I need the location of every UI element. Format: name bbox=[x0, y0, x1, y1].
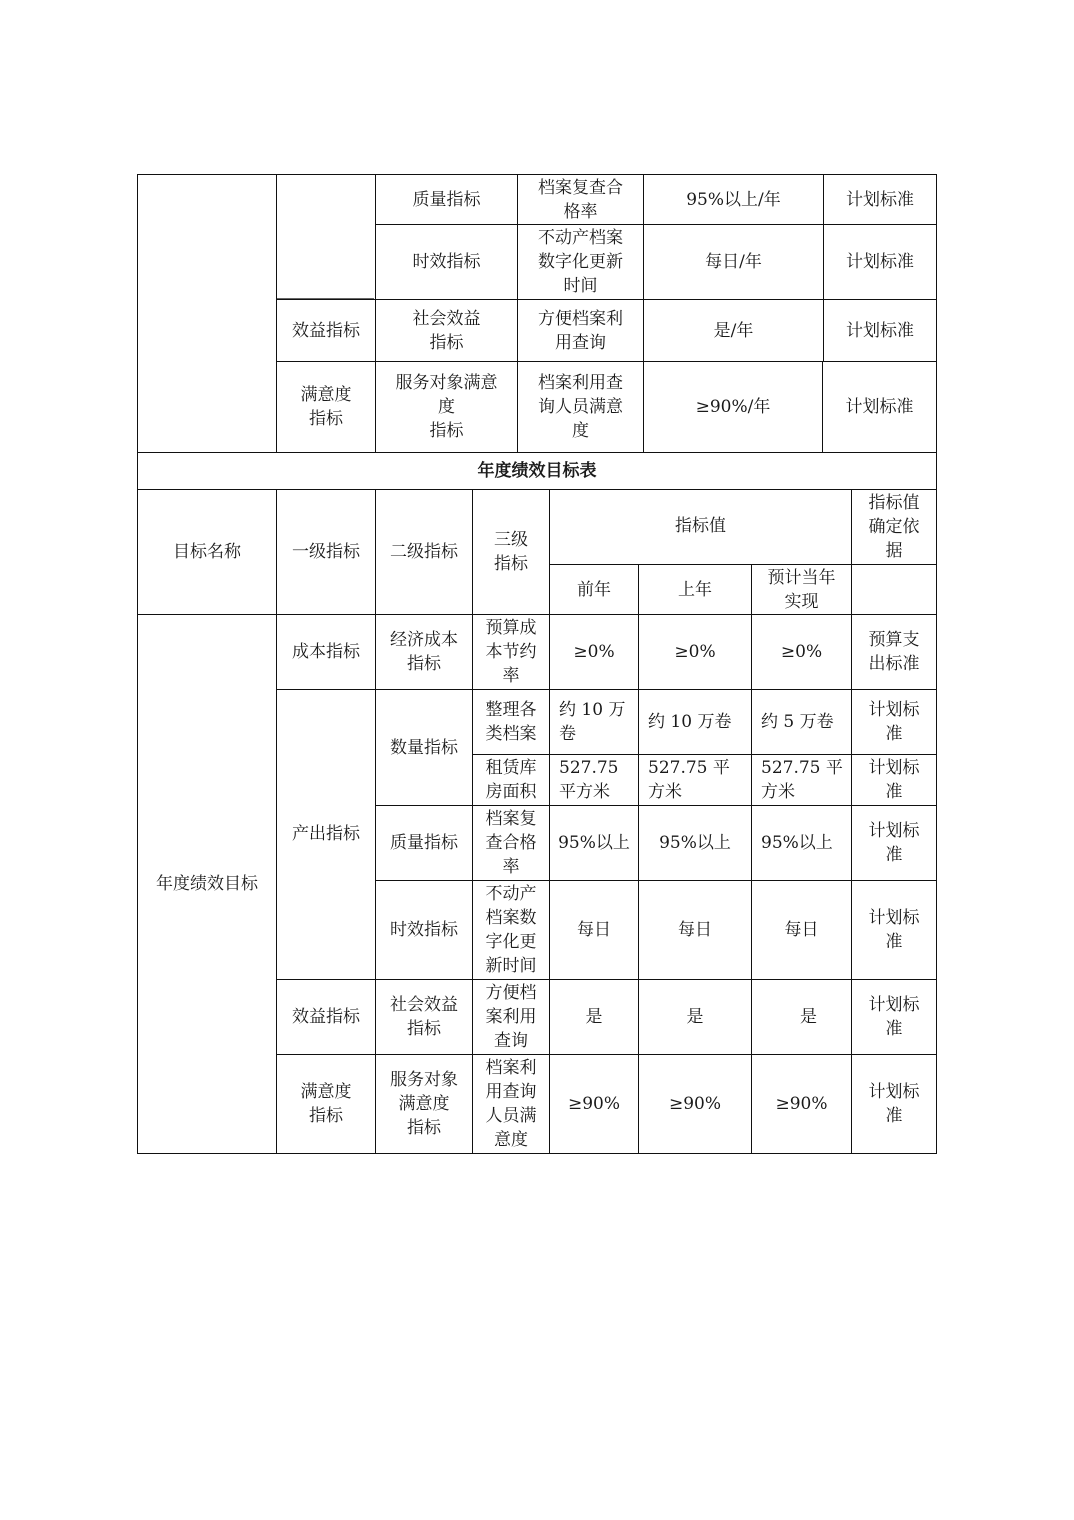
top-level1-satisfaction: 满意度 指标 bbox=[276, 361, 376, 453]
row-prev: 每日 bbox=[549, 880, 639, 980]
top-basis-satisfaction: 计划标准 bbox=[822, 361, 937, 453]
row-last: 是 bbox=[638, 979, 752, 1055]
row-last: ≥90% bbox=[638, 1054, 752, 1154]
row-prev: ≥0% bbox=[549, 614, 639, 690]
row-basis: 计划标 准 bbox=[851, 805, 937, 881]
subgroup-quantity: 数量指标 bbox=[375, 689, 473, 806]
top-level3-timeliness: 不动产档案 数字化更新 时间 bbox=[517, 224, 644, 300]
top-level3-quality: 档案复查合 格率 bbox=[517, 174, 644, 225]
row-basis: 计划标 准 bbox=[851, 754, 937, 806]
header-blank bbox=[851, 564, 937, 615]
row-expected: ≥0% bbox=[751, 614, 852, 690]
header-indicator-value: 指标值 bbox=[549, 489, 852, 565]
top-value-quality: 95%以上/年 bbox=[643, 174, 824, 225]
top-value-satisfaction: ≥90%/年 bbox=[643, 361, 823, 453]
top-level3-satisfaction: 档案利用查 询人员满意 度 bbox=[517, 361, 644, 453]
top-level1-benefit: 效益指标 bbox=[276, 299, 376, 362]
row-last: 约 10 万卷 bbox=[638, 689, 752, 755]
group-cost: 成本指标 bbox=[276, 614, 376, 690]
row-prev: ≥90% bbox=[549, 1054, 639, 1154]
target-name-cell: 年度绩效目标 bbox=[137, 614, 277, 1154]
subgroup-service-satisfaction: 服务对象 满意度 指标 bbox=[375, 1054, 473, 1154]
row-prev: 是 bbox=[549, 979, 639, 1055]
row-expected: 95%以上 bbox=[751, 805, 852, 881]
header-expected: 预计当年 实现 bbox=[751, 564, 852, 615]
group-benefit: 效益指标 bbox=[276, 979, 376, 1055]
subgroup-quality: 质量指标 bbox=[375, 805, 473, 881]
row-expected: 约 5 万卷 bbox=[751, 689, 852, 755]
group-output: 产出指标 bbox=[276, 689, 376, 980]
top-level2-service-satisfaction: 服务对象满意 度 指标 bbox=[375, 361, 518, 453]
row-basis: 预算支 出标准 bbox=[851, 614, 937, 690]
row-level3: 预算成 本节约 率 bbox=[472, 614, 550, 690]
top-basis-timeliness: 计划标准 bbox=[823, 224, 937, 300]
subgroup-timeliness: 时效指标 bbox=[375, 880, 473, 980]
row-level3: 不动产 档案数 字化更 新时间 bbox=[472, 880, 550, 980]
row-expected: 527.75 平 方米 bbox=[751, 754, 852, 806]
top-level2-timeliness: 时效指标 bbox=[375, 224, 518, 300]
top-value-timeliness: 每日/年 bbox=[643, 224, 824, 300]
header-level1: 一级指标 bbox=[276, 489, 376, 615]
group-satisfaction: 满意度 指标 bbox=[276, 1054, 376, 1154]
row-last: 527.75 平 方米 bbox=[638, 754, 752, 806]
row-basis: 计划标 准 bbox=[851, 1054, 937, 1154]
row-last: 每日 bbox=[638, 880, 752, 980]
top-target-name-cell bbox=[137, 174, 277, 453]
header-basis: 指标值 确定依 据 bbox=[851, 489, 937, 565]
row-prev: 527.75 平方米 bbox=[549, 754, 639, 806]
subgroup-social-benefit: 社会效益 指标 bbox=[375, 979, 473, 1055]
top-basis-quality: 计划标准 bbox=[823, 174, 937, 225]
row-level3: 档案复 查合格 率 bbox=[472, 805, 550, 881]
row-basis: 计划标 准 bbox=[851, 979, 937, 1055]
top-level2-social-benefit: 社会效益 指标 bbox=[375, 299, 518, 362]
row-basis: 计划标 准 bbox=[851, 689, 937, 755]
row-last: ≥0% bbox=[638, 614, 752, 690]
row-last: 95%以上 bbox=[638, 805, 752, 881]
row-level3: 档案利 用查询 人员满 意度 bbox=[472, 1054, 550, 1154]
row-prev: 约 10 万 卷 bbox=[549, 689, 639, 755]
section-title: 年度绩效目标表 bbox=[137, 452, 937, 490]
header-last-year: 上年 bbox=[638, 564, 752, 615]
header-level2: 二级指标 bbox=[375, 489, 473, 615]
row-level3: 租赁库 房面积 bbox=[472, 754, 550, 806]
row-level3: 方便档 案利用 查询 bbox=[472, 979, 550, 1055]
header-prev-year: 前年 bbox=[549, 564, 639, 615]
top-value-social-benefit: 是/年 bbox=[643, 299, 824, 362]
subgroup-economic-cost: 经济成本 指标 bbox=[375, 614, 473, 690]
row-prev: 95%以上 bbox=[549, 805, 639, 881]
header-target-name: 目标名称 bbox=[137, 489, 277, 615]
top-level1-cell-output bbox=[276, 174, 376, 300]
top-level2-quality: 质量指标 bbox=[375, 174, 518, 225]
row-expected: 是 bbox=[751, 979, 852, 1055]
row-level3: 整理各 类档案 bbox=[472, 689, 550, 755]
row-expected: ≥90% bbox=[751, 1054, 852, 1154]
header-level3: 三级 指标 bbox=[472, 489, 550, 615]
top-level3-social-benefit: 方便档案利 用查询 bbox=[517, 299, 644, 362]
row-expected: 每日 bbox=[751, 880, 852, 980]
top-basis-social-benefit: 计划标准 bbox=[823, 299, 937, 362]
row-basis: 计划标 准 bbox=[851, 880, 937, 980]
